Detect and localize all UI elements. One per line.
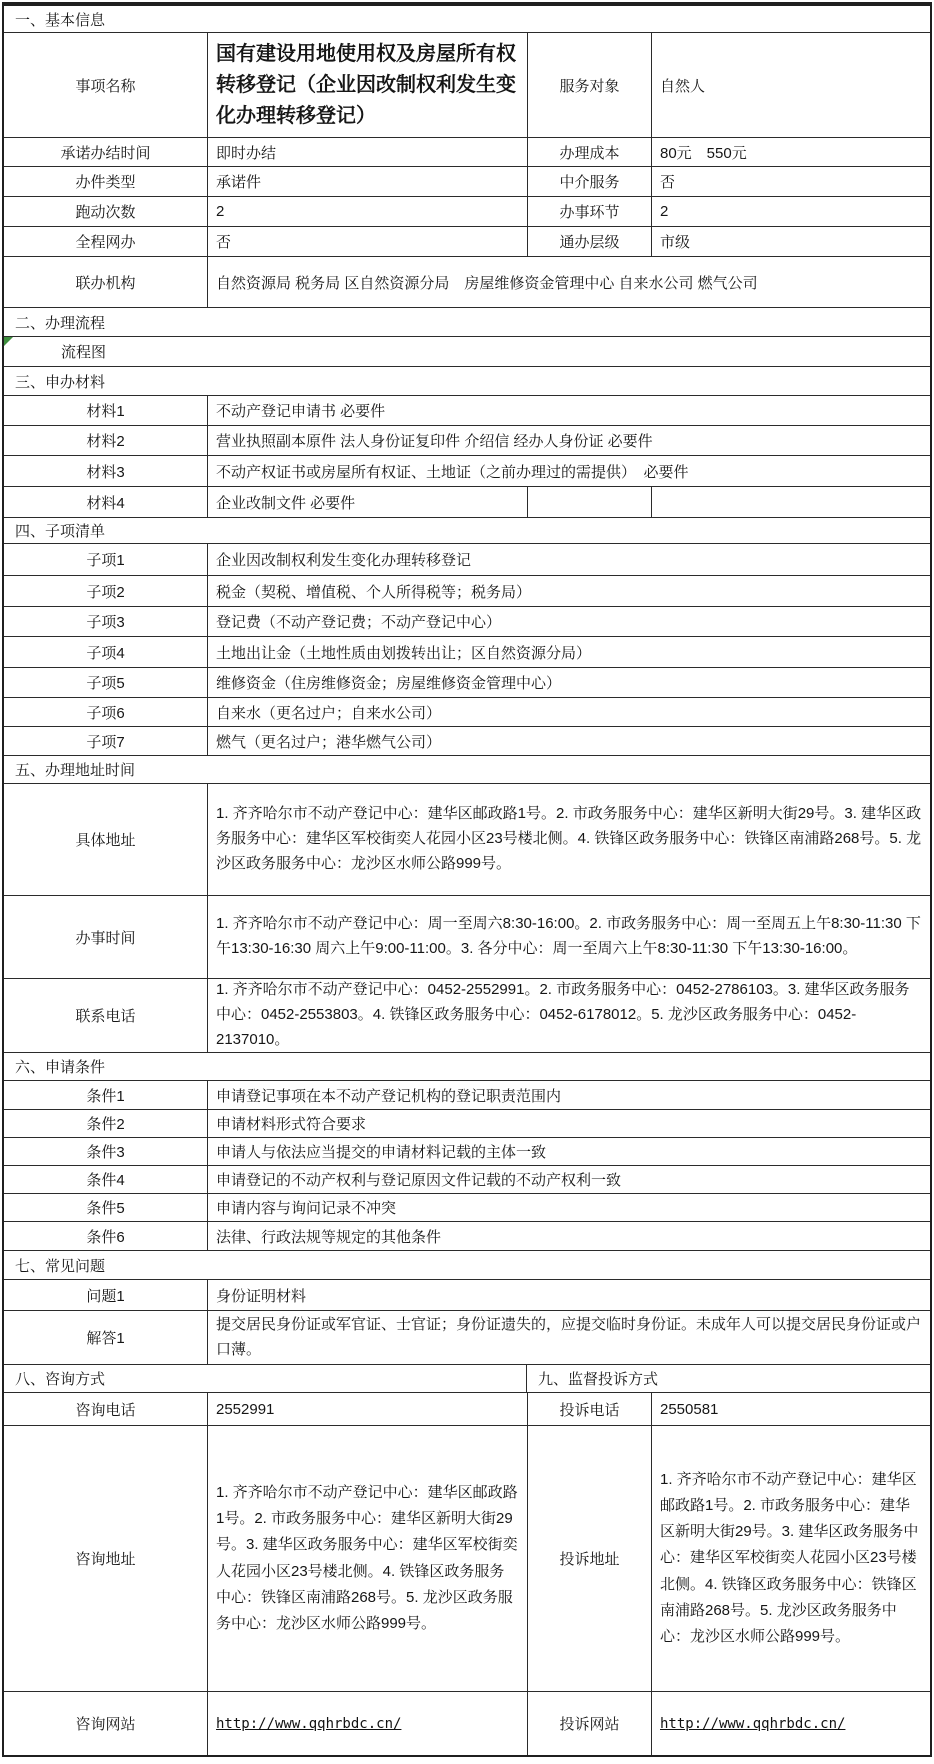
condition-1-value: 申请登记事项在本不动产登记机构的登记职责范围内 (208, 1081, 930, 1109)
row-address: 具体地址 1. 齐齐哈尔市不动产登记中心：建华区邮政路1号。2. 市政务服务中心… (4, 784, 930, 896)
subitem-4-value: 土地出让金（土地性质由划拨转出让；区自然资源分局） (208, 637, 930, 667)
complaint-website-label: 投诉网站 (528, 1692, 652, 1755)
consult-website-cell: http://www.qqhrbdc.cn/ (208, 1692, 528, 1755)
service-steps-value: 2 (652, 197, 930, 226)
agency-service-value: 否 (652, 167, 930, 196)
complaint-phone-label: 投诉电话 (528, 1393, 652, 1425)
item-name-value: 国有建设用地使用权及房屋所有权转移登记（企业因改制权利发生变化办理转移登记） (208, 33, 528, 137)
consult-phone-value: 2552991 (208, 1393, 528, 1425)
row-online-processing: 全程网办 否 通办层级 市级 (4, 227, 930, 257)
row-subitem-5: 子项5 维修资金（住房维修资金；房屋维修资金管理中心） (4, 668, 930, 698)
subitem-3-label: 子项3 (4, 607, 208, 636)
row-subitem-6: 子项6 自来水（更名过户；自来水公司） (4, 698, 930, 727)
complaint-website-cell: http://www.qqhrbdc.cn/ (652, 1692, 930, 1755)
section-conditions-header: 六、申请条件 (4, 1053, 930, 1081)
section-consult-complaint-header: 八、咨询方式 九、监督投诉方式 (4, 1365, 930, 1393)
online-processing-value: 否 (208, 227, 528, 256)
subitem-5-value: 维修资金（住房维修资金；房屋维修资金管理中心） (208, 668, 930, 697)
subitem-7-label: 子项7 (4, 727, 208, 755)
row-condition-3: 条件3 申请人与依法应当提交的申请材料记载的主体一致 (4, 1138, 930, 1166)
condition-2-value: 申请材料形式符合要求 (208, 1110, 930, 1137)
row-condition-2: 条件2 申请材料形式符合要求 (4, 1110, 930, 1138)
material-4-empty-cell (528, 487, 652, 517)
service-level-label: 通办层级 (528, 227, 652, 256)
promised-time-value: 即时办结 (208, 138, 528, 166)
contact-phone-value: 1. 齐齐哈尔市不动产登记中心：0452-2552991。2. 市政务服务中心：… (208, 979, 930, 1052)
section-basic-info-title: 一、基本信息 (15, 9, 105, 30)
run-count-value: 2 (208, 197, 528, 226)
service-steps-label: 办事环节 (528, 197, 652, 226)
flowchart-label: 流程图 (4, 337, 106, 366)
row-subitem-3: 子项3 登记费（不动产登记费；不动产登记中心） (4, 607, 930, 637)
section-process-header: 二、办理流程 (4, 308, 930, 337)
row-answer-1: 解答1 提交居民身份证或军官证、士官证；身份证遗失的，应提交临时身份证。未成年人… (4, 1311, 930, 1365)
row-item-type: 办件类型 承诺件 中介服务 否 (4, 167, 930, 197)
section-basic-info-header: 一、基本信息 (4, 6, 930, 33)
row-promised-time: 承诺办结时间 即时办结 办理成本 80元 550元 (4, 138, 930, 167)
row-subitem-1: 子项1 企业因改制权利发生变化办理转移登记 (4, 544, 930, 576)
row-material-2: 材料2 营业执照副本原件 法人身份证复印件 介绍信 经办人身份证 必要件 (4, 426, 930, 456)
service-target-value: 自然人 (652, 33, 930, 137)
material-3-label: 材料3 (4, 456, 208, 486)
answer-1-value: 提交居民身份证或军官证、士官证；身份证遗失的，应提交临时身份证。未成年人可以提交… (208, 1311, 930, 1364)
row-office-hours: 办事时间 1. 齐齐哈尔市不动产登记中心：周一至周六8:30-16:00。2. … (4, 896, 930, 979)
subitem-2-label: 子项2 (4, 576, 208, 606)
section-process-title: 二、办理流程 (15, 312, 105, 333)
address-label: 具体地址 (4, 784, 208, 895)
joint-agencies-value: 自然资源局 税务局 区自然资源分局 房屋维修资金管理中心 自来水公司 燃气公司 (208, 257, 930, 307)
service-target-label: 服务对象 (528, 33, 652, 137)
section-address-time-header: 五、办理地址时间 (4, 756, 930, 784)
excel-flag-triangle-icon (4, 337, 13, 346)
condition-3-label: 条件3 (4, 1138, 208, 1165)
section-faq-header: 七、常见问题 (4, 1251, 930, 1280)
row-condition-6: 条件6 法律、行政法规等规定的其他条件 (4, 1222, 930, 1251)
condition-5-label: 条件5 (4, 1194, 208, 1221)
subitem-1-value: 企业因改制权利发生变化办理转移登记 (208, 544, 930, 575)
row-phones: 咨询电话 2552991 投诉电话 2550581 (4, 1393, 930, 1426)
row-addresses: 咨询地址 1. 齐齐哈尔市不动产登记中心：建华区邮政路1号。2. 市政务服务中心… (4, 1426, 930, 1692)
handling-cost-label: 办理成本 (528, 138, 652, 166)
consult-phone-label: 咨询电话 (4, 1393, 208, 1425)
subitem-4-label: 子项4 (4, 637, 208, 667)
material-4-value: 企业改制文件 必要件 (208, 487, 528, 517)
row-run-count: 跑动次数 2 办事环节 2 (4, 197, 930, 227)
row-contact-phone: 联系电话 1. 齐齐哈尔市不动产登记中心：0452-2552991。2. 市政务… (4, 979, 930, 1053)
section-materials-header: 三、申办材料 (4, 367, 930, 396)
condition-4-value: 申请登记的不动产权利与登记原因文件记载的不动产权利一致 (208, 1166, 930, 1193)
question-1-value: 身份证明材料 (208, 1280, 930, 1310)
complaint-address-value: 1. 齐齐哈尔市不动产登记中心：建华区邮政路1号。2. 市政务服务中心：建华区新… (652, 1426, 930, 1691)
condition-2-label: 条件2 (4, 1110, 208, 1137)
condition-4-label: 条件4 (4, 1166, 208, 1193)
complaint-phone-value: 2550581 (652, 1393, 930, 1425)
row-joint-agencies: 联办机构 自然资源局 税务局 区自然资源分局 房屋维修资金管理中心 自来水公司 … (4, 257, 930, 308)
subitem-5-label: 子项5 (4, 668, 208, 697)
run-count-label: 跑动次数 (4, 197, 208, 226)
row-material-1: 材料1 不动产登记申请书 必要件 (4, 396, 930, 426)
section-conditions-title: 六、申请条件 (15, 1056, 105, 1077)
condition-6-value: 法律、行政法规等规定的其他条件 (208, 1222, 930, 1250)
office-hours-value: 1. 齐齐哈尔市不动产登记中心：周一至周六8:30-16:00。2. 市政务服务… (208, 896, 930, 978)
subitem-6-value: 自来水（更名过户；自来水公司） (208, 698, 930, 726)
subitem-1-label: 子项1 (4, 544, 208, 575)
row-condition-4: 条件4 申请登记的不动产权利与登记原因文件记载的不动产权利一致 (4, 1166, 930, 1194)
office-hours-label: 办事时间 (4, 896, 208, 978)
item-name-label: 事项名称 (4, 33, 208, 137)
row-subitem-2: 子项2 税金（契税、增值税、个人所得税等；税务局） (4, 576, 930, 607)
promised-time-label: 承诺办结时间 (4, 138, 208, 166)
question-1-label: 问题1 (4, 1280, 208, 1310)
section-faq-title: 七、常见问题 (15, 1255, 105, 1276)
material-3-value: 不动产权证书或房屋所有权证、土地证（之前办理过的需提供） 必要件 (208, 456, 930, 486)
joint-agencies-label: 联办机构 (4, 257, 208, 307)
consult-address-label: 咨询地址 (4, 1426, 208, 1691)
condition-3-value: 申请人与依法应当提交的申请材料记载的主体一致 (208, 1138, 930, 1165)
consult-website-label: 咨询网站 (4, 1692, 208, 1755)
section-materials-title: 三、申办材料 (15, 371, 105, 392)
section-complaint-title: 九、监督投诉方式 (527, 1368, 930, 1389)
agency-service-label: 中介服务 (528, 167, 652, 196)
section-address-time-title: 五、办理地址时间 (15, 759, 135, 780)
item-type-value: 承诺件 (208, 167, 528, 196)
condition-1-label: 条件1 (4, 1081, 208, 1109)
subitem-7-value: 燃气（更名过户；港华燃气公司） (208, 727, 930, 755)
condition-6-label: 条件6 (4, 1222, 208, 1250)
complaint-website-link[interactable]: http://www.qqhrbdc.cn/ (660, 1716, 845, 1732)
service-level-value: 市级 (652, 227, 930, 256)
handling-cost-value: 80元 550元 (652, 138, 930, 166)
row-subitem-7: 子项7 燃气（更名过户；港华燃气公司） (4, 727, 930, 756)
material-2-label: 材料2 (4, 426, 208, 455)
section-consult-title: 八、咨询方式 (4, 1365, 527, 1392)
material-4-empty-cell-2 (652, 487, 930, 517)
row-condition-5: 条件5 申请内容与询问记录不冲突 (4, 1194, 930, 1222)
address-value: 1. 齐齐哈尔市不动产登记中心：建华区邮政路1号。2. 市政务服务中心：建华区新… (208, 784, 930, 895)
row-subitem-4: 子项4 土地出让金（土地性质由划拨转出让；区自然资源分局） (4, 637, 930, 668)
subitem-3-value: 登记费（不动产登记费；不动产登记中心） (208, 607, 930, 636)
service-detail-table: 一、基本信息 事项名称 国有建设用地使用权及房屋所有权转移登记（企业因改制权利发… (2, 2, 932, 1757)
material-1-label: 材料1 (4, 396, 208, 425)
row-material-3: 材料3 不动产权证书或房屋所有权证、土地证（之前办理过的需提供） 必要件 (4, 456, 930, 487)
material-2-value: 营业执照副本原件 法人身份证复印件 介绍信 经办人身份证 必要件 (208, 426, 930, 455)
consult-address-value: 1. 齐齐哈尔市不动产登记中心：建华区邮政路1号。2. 市政务服务中心：建华区新… (208, 1426, 528, 1691)
item-type-label: 办件类型 (4, 167, 208, 196)
row-item-name: 事项名称 国有建设用地使用权及房屋所有权转移登记（企业因改制权利发生变化办理转移… (4, 33, 930, 138)
row-question-1: 问题1 身份证明材料 (4, 1280, 930, 1311)
condition-5-value: 申请内容与询问记录不冲突 (208, 1194, 930, 1221)
contact-phone-label: 联系电话 (4, 979, 208, 1052)
subitem-2-value: 税金（契税、增值税、个人所得税等；税务局） (208, 576, 930, 606)
row-material-4: 材料4 企业改制文件 必要件 (4, 487, 930, 518)
material-4-label: 材料4 (4, 487, 208, 517)
row-flowchart: 流程图 (4, 337, 930, 367)
consult-website-link[interactable]: http://www.qqhrbdc.cn/ (216, 1716, 401, 1732)
section-subitems-header: 四、子项清单 (4, 518, 930, 544)
complaint-address-label: 投诉地址 (528, 1426, 652, 1691)
subitem-6-label: 子项6 (4, 698, 208, 726)
row-condition-1: 条件1 申请登记事项在本不动产登记机构的登记职责范围内 (4, 1081, 930, 1110)
material-1-value: 不动产登记申请书 必要件 (208, 396, 930, 425)
row-websites: 咨询网站 http://www.qqhrbdc.cn/ 投诉网站 http://… (4, 1692, 930, 1755)
section-subitems-title: 四、子项清单 (15, 520, 105, 541)
answer-1-label: 解答1 (4, 1311, 208, 1364)
online-processing-label: 全程网办 (4, 227, 208, 256)
